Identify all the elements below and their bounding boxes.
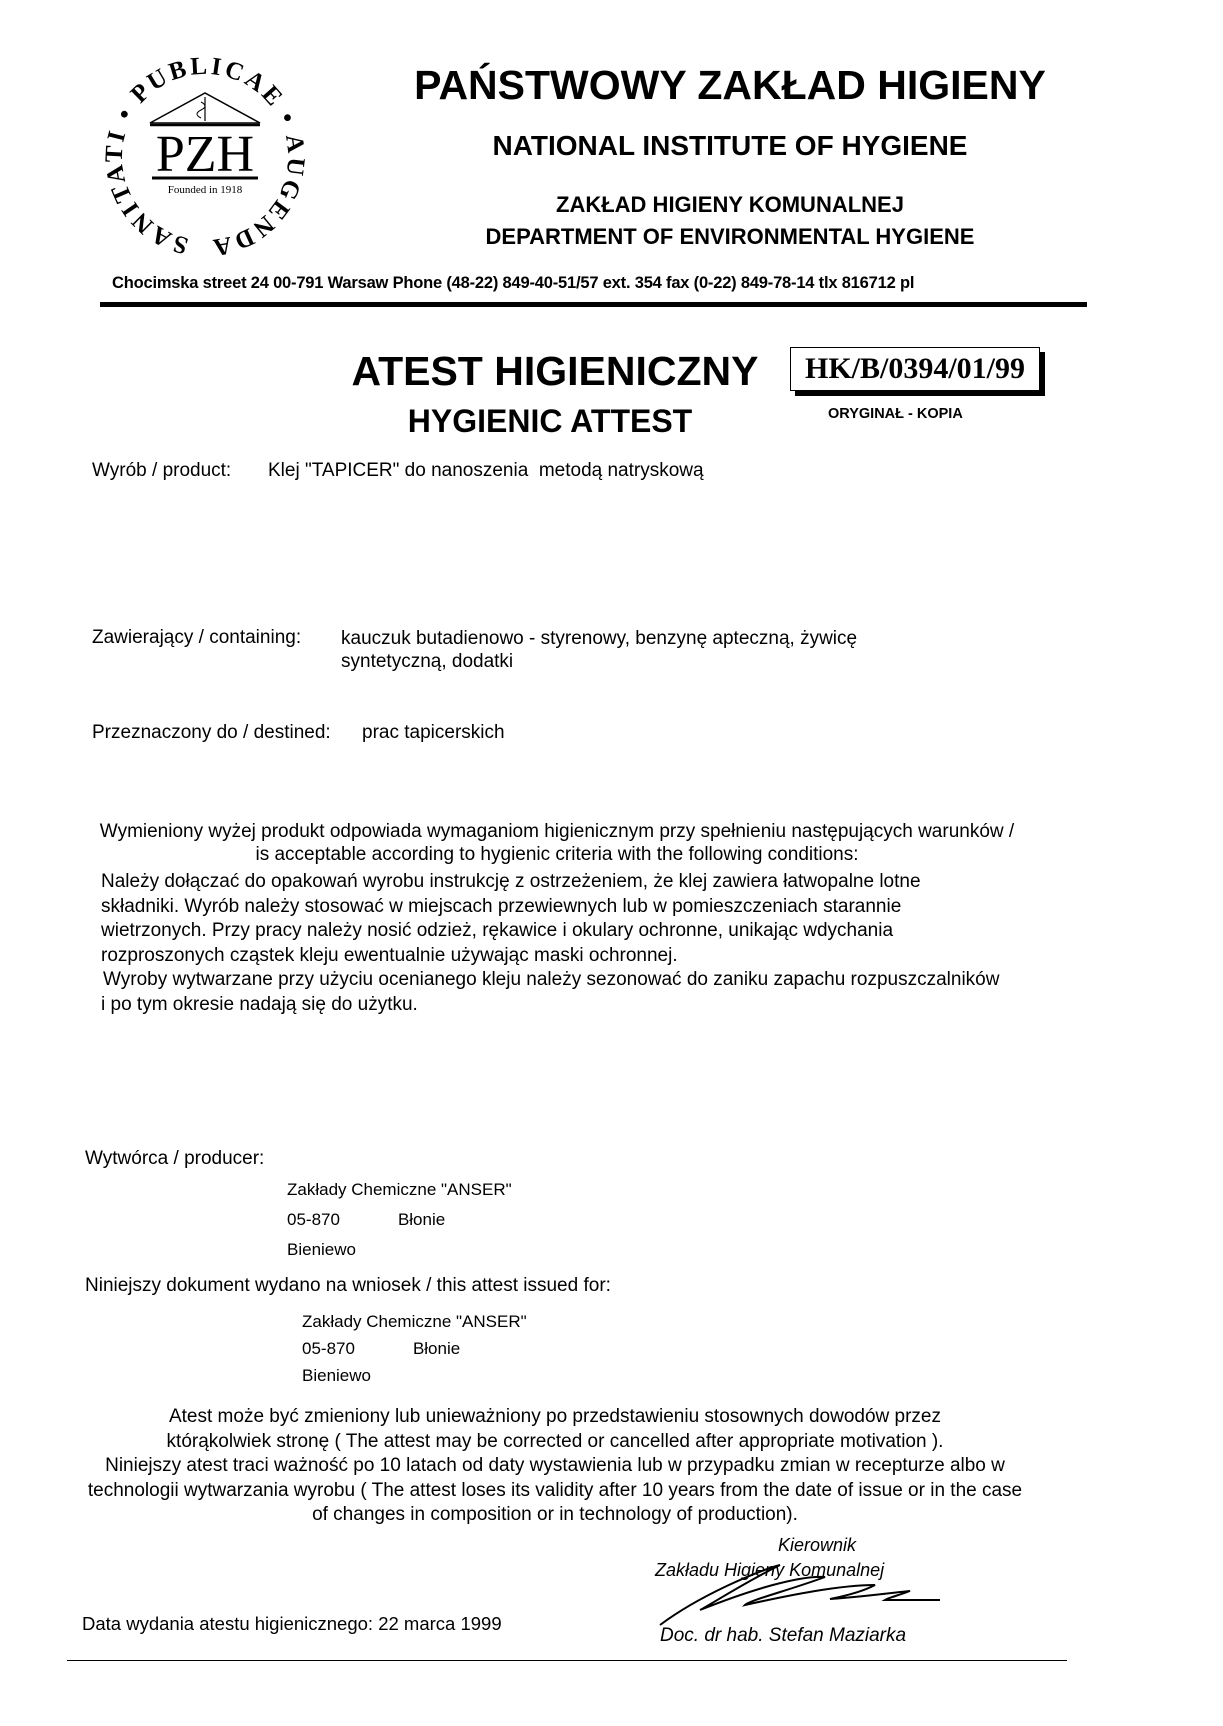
producer-locality: Bieniewo	[287, 1240, 512, 1270]
validity-notes: Atest może być zmieniony lub unieważnion…	[80, 1405, 1030, 1528]
signatory-title: Kierownik	[778, 1535, 856, 1556]
issued-for-address: Zakłady Chemiczne "ANSER" 05-870Błonie B…	[302, 1312, 527, 1396]
institute-name-en: NATIONAL INSTITUTE OF HYGIENE	[420, 130, 1040, 162]
document-number-stamp: HK/B/0394/01/99	[790, 347, 1040, 391]
institute-name-pl: PAŃSTWOWY ZAKŁAD HIGIENY	[370, 62, 1090, 109]
issue-date: Data wydania atestu higienicznego: 22 ma…	[82, 1613, 502, 1635]
destined-label: Przeznaczony do / destined:	[92, 722, 331, 744]
producer-label: Wytwórca / producer:	[85, 1148, 264, 1170]
issued-for-locality: Bieniewo	[302, 1366, 527, 1396]
validity-paragraph: Niniejszy atest traci ważność po 10 lata…	[80, 1454, 1030, 1528]
validity-paragraph: Atest może być zmieniony lub unieważnion…	[80, 1405, 1030, 1454]
producer-address: Zakłady Chemiczne "ANSER" 05-870Błonie B…	[287, 1180, 512, 1270]
handwritten-signature-icon	[640, 1555, 970, 1635]
product-value: Klej "TAPICER" do nanoszenia metodą natr…	[268, 460, 704, 482]
issued-for-label: Niniejszy dokument wydano na wniosek / t…	[85, 1275, 611, 1297]
issued-for-name: Zakłady Chemiczne "ANSER"	[302, 1312, 527, 1339]
conditions-intro: Wymieniony wyżej produkt odpowiada wymag…	[92, 820, 1022, 866]
conditions-body: Należy dołączać do opakowań wyrobu instr…	[101, 870, 1001, 1017]
issued-for-postal-code: 05-870	[302, 1339, 355, 1358]
destined-value: prac tapicerskich	[362, 722, 505, 744]
pzh-logo: SANITATI • PUBLICAE • AUGENDAE • PZH Fou…	[100, 55, 310, 255]
logo-founded-text: Founded in 1918	[168, 184, 243, 196]
header-divider	[100, 302, 1087, 307]
footer-divider	[67, 1660, 1067, 1662]
department-name-en: DEPARTMENT OF ENVIRONMENTAL HYGIENE	[420, 224, 1040, 250]
product-label: Wyrób / product:	[92, 460, 231, 482]
department-name-pl: ZAKŁAD HIGIENY KOMUNALNEJ	[420, 192, 1040, 218]
issued-for-city: Błonie	[413, 1339, 460, 1359]
producer-postal-line: 05-870Błonie	[287, 1210, 512, 1240]
logo-monogram: PZH	[156, 126, 254, 183]
containing-label: Zawierający / containing:	[92, 627, 301, 649]
producer-postal-code: 05-870	[287, 1210, 340, 1229]
signatory-name: Doc. dr hab. Stefan Maziarka	[660, 1625, 906, 1647]
document-title-pl: ATEST HIGIENICZNY	[340, 348, 770, 395]
containing-value: kauczuk butadienowo - styrenowy, benzynę…	[341, 627, 941, 673]
producer-city: Błonie	[398, 1210, 445, 1230]
institute-address: Chocimska street 24 00-791 Warsaw Phone …	[112, 274, 1087, 293]
document-title-en: HYGIENIC ATTEST	[360, 403, 740, 440]
conditions-paragraph: Należy dołączać do opakowań wyrobu instr…	[101, 870, 1001, 968]
copy-status: ORYGINAŁ - KOPIA	[828, 406, 963, 422]
conditions-paragraph: Wyroby wytwarzane przy użyciu ocenianego…	[101, 968, 1001, 1017]
producer-name: Zakłady Chemiczne "ANSER"	[287, 1180, 512, 1210]
issued-for-postal-line: 05-870Błonie	[302, 1339, 527, 1366]
